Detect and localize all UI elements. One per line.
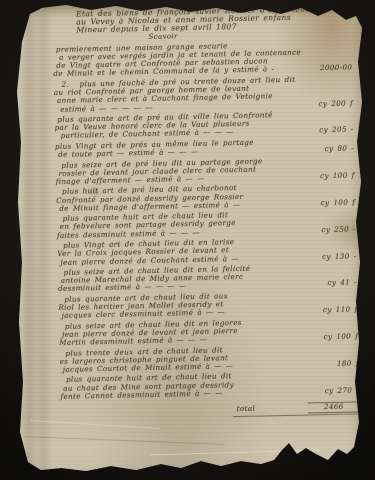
amount-value: cy 100 f bbox=[315, 198, 356, 207]
manuscript-paper: Etat des biens de françois xavier Rossie… bbox=[0, 0, 375, 480]
scanned-manuscript-page: { "page": { "kind": "archival scan of a … bbox=[0, 0, 375, 480]
total-value: 2466 bbox=[308, 401, 360, 413]
amount-value: cy 205 - bbox=[313, 126, 354, 135]
amount-value: cy 100 f bbox=[317, 332, 358, 341]
amount-value: cy 41 - bbox=[321, 279, 357, 288]
paper-crease bbox=[150, 450, 320, 456]
amount-value: cy 110 f bbox=[317, 306, 358, 315]
amount-value: 180 f bbox=[331, 359, 359, 368]
amount-value: cy 270 f bbox=[319, 386, 360, 395]
total-label: total bbox=[237, 405, 256, 414]
line-text: fente Cannot dessminuit estimé à — — bbox=[60, 389, 222, 401]
amount-value: cy 130 - bbox=[316, 252, 357, 261]
paper-crease bbox=[30, 420, 160, 429]
amount-value: cy 250 - bbox=[315, 225, 356, 234]
paper-crease bbox=[24, 436, 224, 445]
line-text: estimé à — — — — — bbox=[60, 103, 153, 113]
amount-value: cy 200 f bbox=[312, 99, 353, 108]
line-text: Scavoir bbox=[149, 33, 178, 42]
total-line: total2466 bbox=[61, 401, 360, 419]
amount-value: 2000-00 bbox=[314, 64, 352, 73]
manuscript-lines: Etat des biens de françois xavier Rossie… bbox=[52, 4, 360, 419]
amount-value: cy 100 f bbox=[314, 171, 355, 180]
amount-value: cy 80 - bbox=[319, 145, 355, 154]
